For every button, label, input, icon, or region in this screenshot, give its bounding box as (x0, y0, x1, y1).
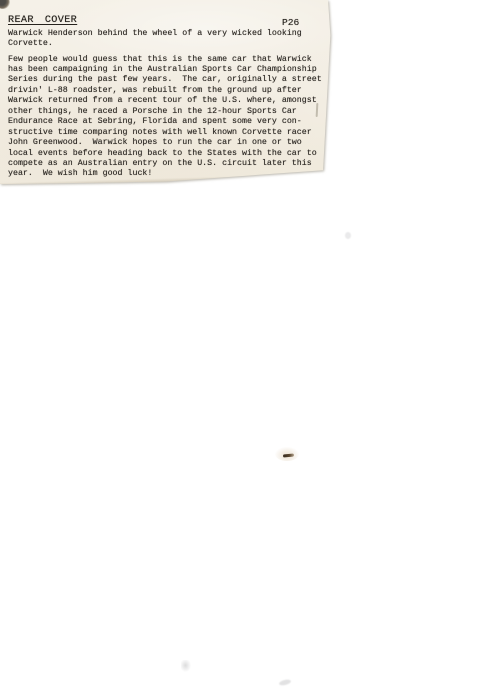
caption-text: Warwick Henderson behind the wheel of a … (8, 29, 302, 50)
body-text: Few people would guess that this is the … (8, 55, 322, 180)
scanned-page: REAR COVER P26 Warwick Henderson behind … (0, 0, 496, 700)
paper-speck-mark (345, 232, 351, 239)
pencil-mark (181, 660, 191, 672)
newspaper-clipping: REAR COVER P26 Warwick Henderson behind … (0, 0, 331, 186)
pencil-mark (279, 679, 292, 687)
corner-blot-mark (0, 0, 10, 9)
clipping-paper: REAR COVER P26 Warwick Henderson behind … (0, 0, 331, 186)
page-number: P26 (282, 18, 299, 28)
section-title: REAR COVER (8, 15, 77, 27)
